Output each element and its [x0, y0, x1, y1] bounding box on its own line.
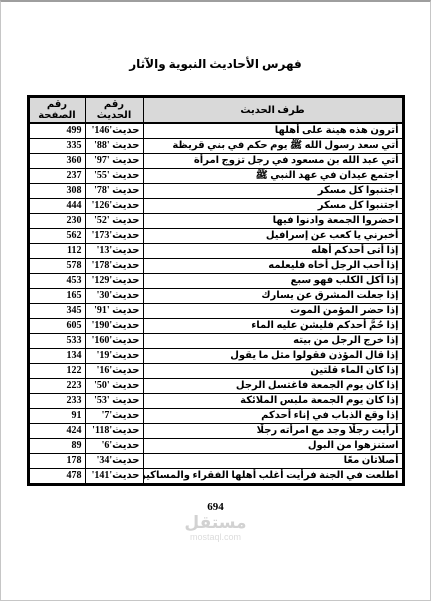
cell-page-number: 360 — [28, 154, 85, 169]
table-row: إذا كان يوم الجمعة ملبس الملائكةحديث '53… — [28, 394, 403, 409]
watermark: مستقل mostaql.com — [1, 515, 430, 542]
cell-page-number: 178 — [28, 454, 85, 469]
cell-hadith-number: حديث'146' — [85, 123, 143, 139]
cell-page-number: 499 — [28, 123, 85, 139]
table-row: إذا كان يوم الجمعة فاغتسل الرجلحديث '50'… — [28, 379, 403, 394]
cell-hadith-text: إذا قال المؤذن فقولوا مثل ما يقول — [143, 349, 403, 364]
cell-hadith-text: إذا أكل الكلب فهو سبع — [143, 274, 403, 289]
cell-hadith-number: حديث'34' — [85, 454, 143, 469]
cell-hadith-number: حديث '52' — [85, 214, 143, 229]
table-row: استنزهوا من البولحديث'6'89 — [28, 439, 403, 454]
cell-page-number: 605 — [28, 319, 85, 334]
cell-hadith-number: حديث'190' — [85, 319, 143, 334]
cell-hadith-text: إذا حضر المؤمن الموت — [143, 304, 403, 319]
cell-hadith-number: حديث'173' — [85, 229, 143, 244]
cell-page-number: 562 — [28, 229, 85, 244]
cell-page-number: 335 — [28, 139, 85, 154]
cell-page-number: 91 — [28, 409, 85, 424]
cell-hadith-text: إذا وقع الذباب في إناء أحدكم — [143, 409, 403, 424]
cell-page-number: 134 — [28, 349, 85, 364]
cell-hadith-text: أرأيت رجلًا وجد مع امرأته رجلًا — [143, 424, 403, 439]
cell-page-number: 233 — [28, 394, 85, 409]
cell-hadith-number: حديث '55' — [85, 169, 143, 184]
cell-hadith-text: إذا حُمَّ أحدكم فليشن عليه الماء — [143, 319, 403, 334]
footer-page-number: 694 — [1, 501, 430, 513]
cell-hadith-number: حديث '91' — [85, 304, 143, 319]
watermark-logo-text: مستقل — [1, 515, 430, 532]
cell-hadith-number: حديث'19' — [85, 349, 143, 364]
table-row: اطلعت في الجنة فرأيت أغلب أهلها الفقراء … — [28, 469, 403, 485]
cell-page-number: 578 — [28, 259, 85, 274]
page-footer: 694 مستقل mostaql.com — [1, 501, 430, 542]
cell-page-number: 122 — [28, 364, 85, 379]
page-title: فهرس الأحاديث النبوية والآثار — [1, 57, 430, 72]
cell-hadith-text: إذا كان يوم الجمعة ملبس الملائكة — [143, 394, 403, 409]
hadith-index-table: طرف الحديث رقم الحديث رقم الصفحة أترون ه… — [27, 95, 405, 486]
cell-page-number: 89 — [28, 439, 85, 454]
table-row: إذا كان الماء قلتينحديث'16'122 — [28, 364, 403, 379]
header-hadith-number: رقم الحديث — [85, 97, 143, 124]
table-row: إذا قال المؤذن فقولوا مثل ما يقولحديث'19… — [28, 349, 403, 364]
hadith-table-body: أترون هذه هينة على أهلهاحديث'146'499أتي … — [28, 123, 403, 485]
cell-hadith-text: احضروا الجمعة وادنوا فيها — [143, 214, 403, 229]
cell-hadith-number: حديث '53' — [85, 394, 143, 409]
table-row: إذا وقع الذباب في إناء أحدكمحديث'7'91 — [28, 409, 403, 424]
cell-hadith-text: أتي عبد الله بن مسعود في رجل تزوج امرأة — [143, 154, 403, 169]
cell-hadith-text: أتي سعد رسول الله ﷺ يوم حكم في بني قريظة — [143, 139, 403, 154]
table-header-row: طرف الحديث رقم الحديث رقم الصفحة — [28, 97, 403, 124]
cell-hadith-number: حديث '97' — [85, 154, 143, 169]
cell-hadith-number: حديث '50' — [85, 379, 143, 394]
cell-hadith-text: أخبرني يا كعب عن إسرافيل — [143, 229, 403, 244]
cell-page-number: 453 — [28, 274, 85, 289]
cell-hadith-number: حديث'7' — [85, 409, 143, 424]
cell-hadith-number: حديث'6' — [85, 439, 143, 454]
cell-hadith-text: إذا كان يوم الجمعة فاغتسل الرجل — [143, 379, 403, 394]
cell-hadith-number: حديث'13' — [85, 244, 143, 259]
cell-hadith-number: حديث'129' — [85, 274, 143, 289]
cell-page-number: 223 — [28, 379, 85, 394]
table-row: إذا خرج الرجل من بيتهحديث'160'533 — [28, 334, 403, 349]
cell-page-number: 444 — [28, 199, 85, 214]
cell-hadith-number: حديث'160' — [85, 334, 143, 349]
cell-hadith-text: إذا خرج الرجل من بيته — [143, 334, 403, 349]
table-row: اجتمع عيدان في عهد النبي ﷺحديث '55'237 — [28, 169, 403, 184]
cell-page-number: 165 — [28, 289, 85, 304]
cell-page-number: 345 — [28, 304, 85, 319]
cell-hadith-number: حديث'126' — [85, 199, 143, 214]
cell-hadith-text: اجتمع عيدان في عهد النبي ﷺ — [143, 169, 403, 184]
cell-page-number: 424 — [28, 424, 85, 439]
table-row: اجتنبوا كل مسكرحديث '78'308 — [28, 184, 403, 199]
cell-hadith-number: حديث'141' — [85, 469, 143, 485]
table-row: أتي عبد الله بن مسعود في رجل تزوج امرأةح… — [28, 154, 403, 169]
cell-hadith-number: حديث '78' — [85, 184, 143, 199]
cell-hadith-number: حديث'30' — [85, 289, 143, 304]
cell-hadith-text: إذا جعلت المشرق عن يسارك — [143, 289, 403, 304]
cell-hadith-number: حديث'16' — [85, 364, 143, 379]
cell-hadith-text: أصلاتان معًا — [143, 454, 403, 469]
table-row: أرأيت رجلًا وجد مع امرأته رجلًاحديث'118'… — [28, 424, 403, 439]
table-row: إذا جعلت المشرق عن يساركحديث'30'165 — [28, 289, 403, 304]
cell-page-number: 112 — [28, 244, 85, 259]
table-row: أتي سعد رسول الله ﷺ يوم حكم في بني قريظة… — [28, 139, 403, 154]
cell-hadith-text: أترون هذه هينة على أهلها — [143, 123, 403, 139]
cell-hadith-number: حديث '88' — [85, 139, 143, 154]
table-row: إذا أحب الرجل أخاه فليعلمهحديث'178'578 — [28, 259, 403, 274]
table-row: أصلاتان معًاحديث'34'178 — [28, 454, 403, 469]
cell-hadith-text: إذا أحب الرجل أخاه فليعلمه — [143, 259, 403, 274]
cell-hadith-text: إذا كان الماء قلتين — [143, 364, 403, 379]
cell-page-number: 237 — [28, 169, 85, 184]
header-page-number: رقم الصفحة — [28, 97, 85, 124]
header-hadith-text: طرف الحديث — [143, 97, 403, 124]
watermark-domain-text: mostaql.com — [1, 533, 430, 542]
table-row: إذا حضر المؤمن الموتحديث '91'345 — [28, 304, 403, 319]
cell-page-number: 478 — [28, 469, 85, 485]
table-row: احضروا الجمعة وادنوا فيهاحديث '52'230 — [28, 214, 403, 229]
table-row: أخبرني يا كعب عن إسرافيلحديث'173'562 — [28, 229, 403, 244]
cell-page-number: 308 — [28, 184, 85, 199]
document-page: { "page": { "title": "فهرس الأحاديث النب… — [0, 0, 431, 601]
table-row: إذا أكل الكلب فهو سبعحديث'129'453 — [28, 274, 403, 289]
cell-page-number: 533 — [28, 334, 85, 349]
cell-page-number: 230 — [28, 214, 85, 229]
cell-hadith-number: حديث'118' — [85, 424, 143, 439]
table-row: اجتنبوا كل مسكرحديث'126'444 — [28, 199, 403, 214]
table-row: إذا حُمَّ أحدكم فليشن عليه الماءحديث'190… — [28, 319, 403, 334]
cell-hadith-text: استنزهوا من البول — [143, 439, 403, 454]
cell-hadith-text: اجتنبوا كل مسكر — [143, 184, 403, 199]
cell-hadith-number: حديث'178' — [85, 259, 143, 274]
table-row: إذا أتى أحدكم أهلهحديث'13'112 — [28, 244, 403, 259]
cell-hadith-text: اطلعت في الجنة فرأيت أغلب أهلها الفقراء … — [143, 469, 403, 485]
cell-hadith-text: اجتنبوا كل مسكر — [143, 199, 403, 214]
table-row: أترون هذه هينة على أهلهاحديث'146'499 — [28, 123, 403, 139]
cell-hadith-text: إذا أتى أحدكم أهله — [143, 244, 403, 259]
